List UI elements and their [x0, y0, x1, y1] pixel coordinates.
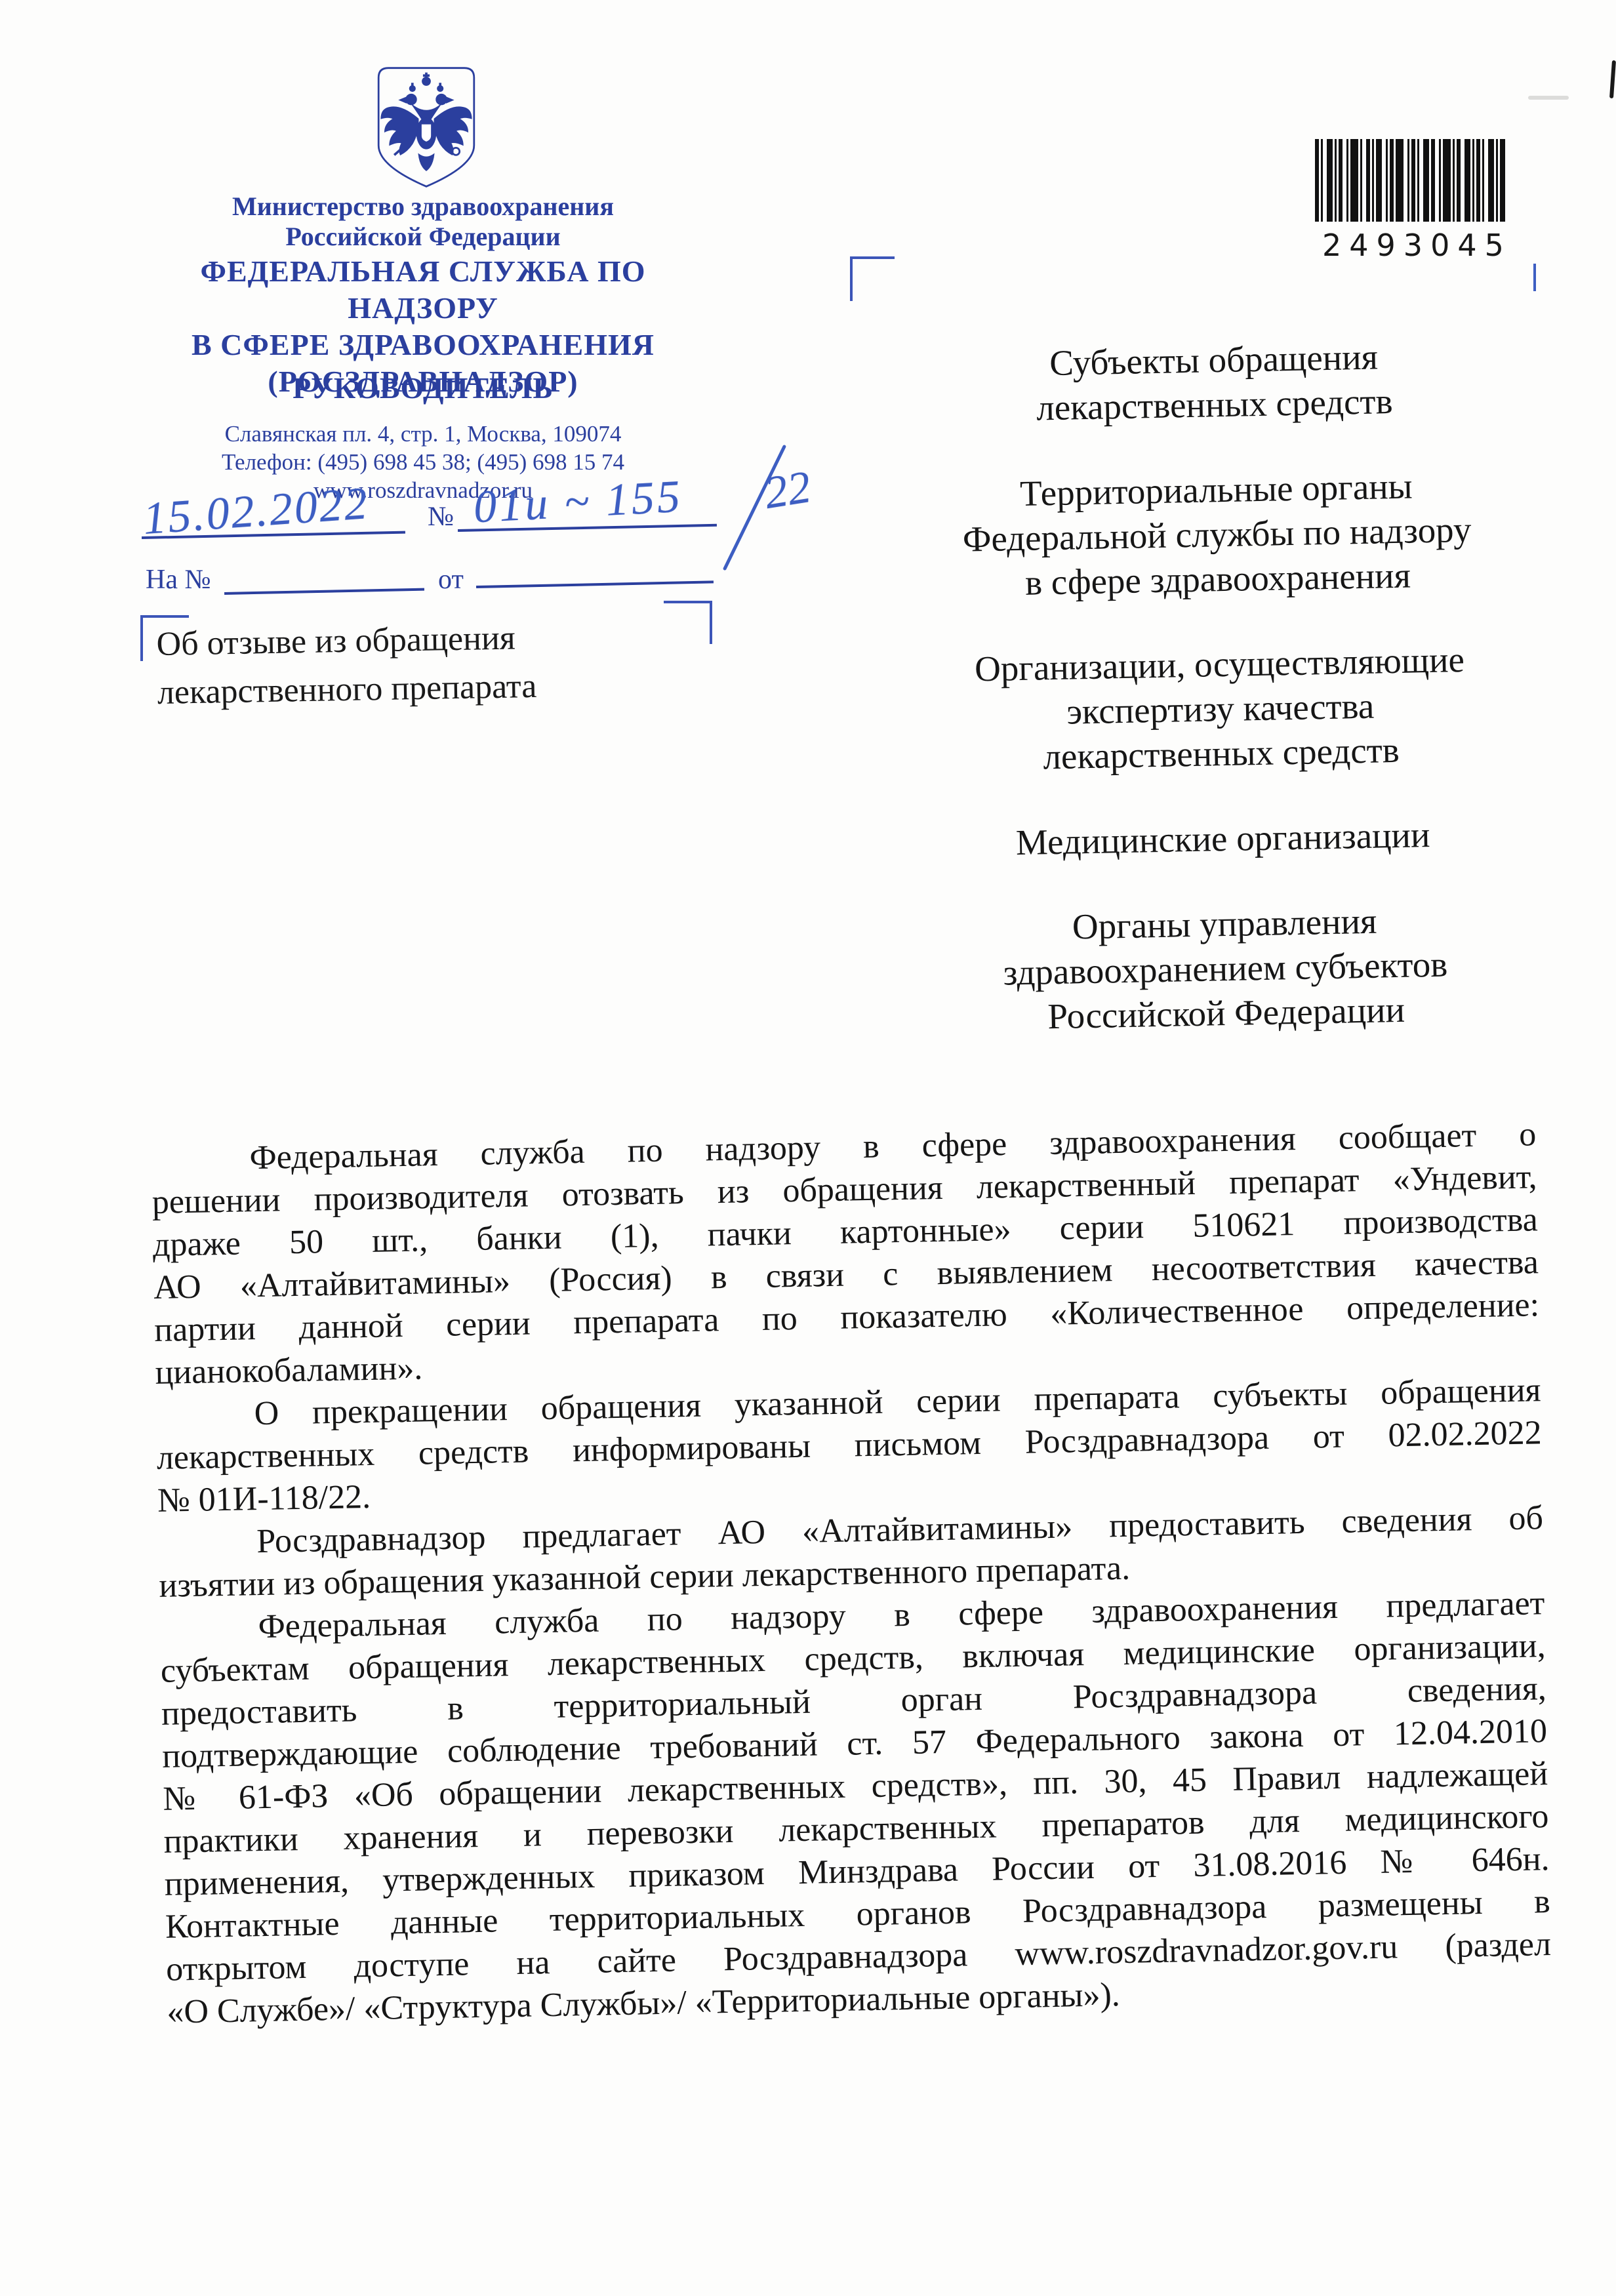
recipients-corner-bracket [850, 256, 853, 301]
reply-no-label: На № [146, 564, 211, 595]
recipients-corner-bracket [850, 256, 895, 259]
reply-no-underline [224, 588, 424, 595]
position-title: РУКОВОДИТЕЛЬ [128, 371, 718, 405]
subject-block: Об отзыве из обращения лекарственного пр… [156, 611, 721, 717]
ministry-line: Российской Федерации [128, 222, 718, 252]
letter-body: Федеральная служба по надзору в сфере зд… [151, 1113, 1552, 2033]
address-field-mark [1533, 264, 1536, 291]
subject-line: лекарственного препарата [157, 659, 721, 717]
registration-barcode: 2493045 [1314, 139, 1506, 263]
recipient-item: Органы управления здравоохранением субъе… [926, 896, 1525, 1041]
handwritten-number-suffix: 22 [761, 461, 815, 520]
ministry-line: Министерство здравоохранения [128, 191, 718, 222]
letterhead-address: Славянская пл. 4, стр. 1, Москва, 109074 [128, 420, 718, 448]
scan-smudge-artifact [1528, 96, 1569, 100]
reply-from-underline [476, 580, 714, 588]
recipients-list: Субъекты обращения лекарственных средств… [915, 332, 1525, 1082]
subject-corner-bracket [140, 615, 143, 661]
barcode-icon [1314, 139, 1506, 222]
subject-corner-bracket [140, 615, 189, 618]
recipient-item: Организации, осуществляющие экспертизу к… [921, 636, 1520, 781]
reply-from-label: от [438, 564, 464, 595]
scanned-letter-page: Министерство здравоохранения Российской … [0, 0, 1616, 2296]
recipient-item: Медицинские организации [924, 811, 1522, 866]
agency-line: ФЕДЕРАЛЬНАЯ СЛУЖБА ПО НАДЗОРУ [128, 253, 718, 327]
recipient-item: Субъекты обращения лекарственных средств [915, 332, 1513, 433]
agency-line: В СФЕРЕ ЗДРАВООХРАНЕНИЯ [128, 327, 718, 363]
scan-edge-artifact [1609, 60, 1616, 98]
recipient-item: Территориальные органы Федеральной служб… [918, 462, 1517, 607]
ministry-header: Министерство здравоохранения Российской … [128, 191, 718, 252]
number-sign-label: № [428, 501, 454, 533]
subject-corner-bracket [664, 601, 712, 603]
letterhead-phone: Телефон: (495) 698 45 38; (495) 698 15 7… [128, 448, 718, 476]
barcode-number: 2493045 [1314, 228, 1506, 263]
russia-coat-of-arms-icon [376, 66, 477, 189]
recipient-line: Медицинские организации [924, 811, 1522, 866]
